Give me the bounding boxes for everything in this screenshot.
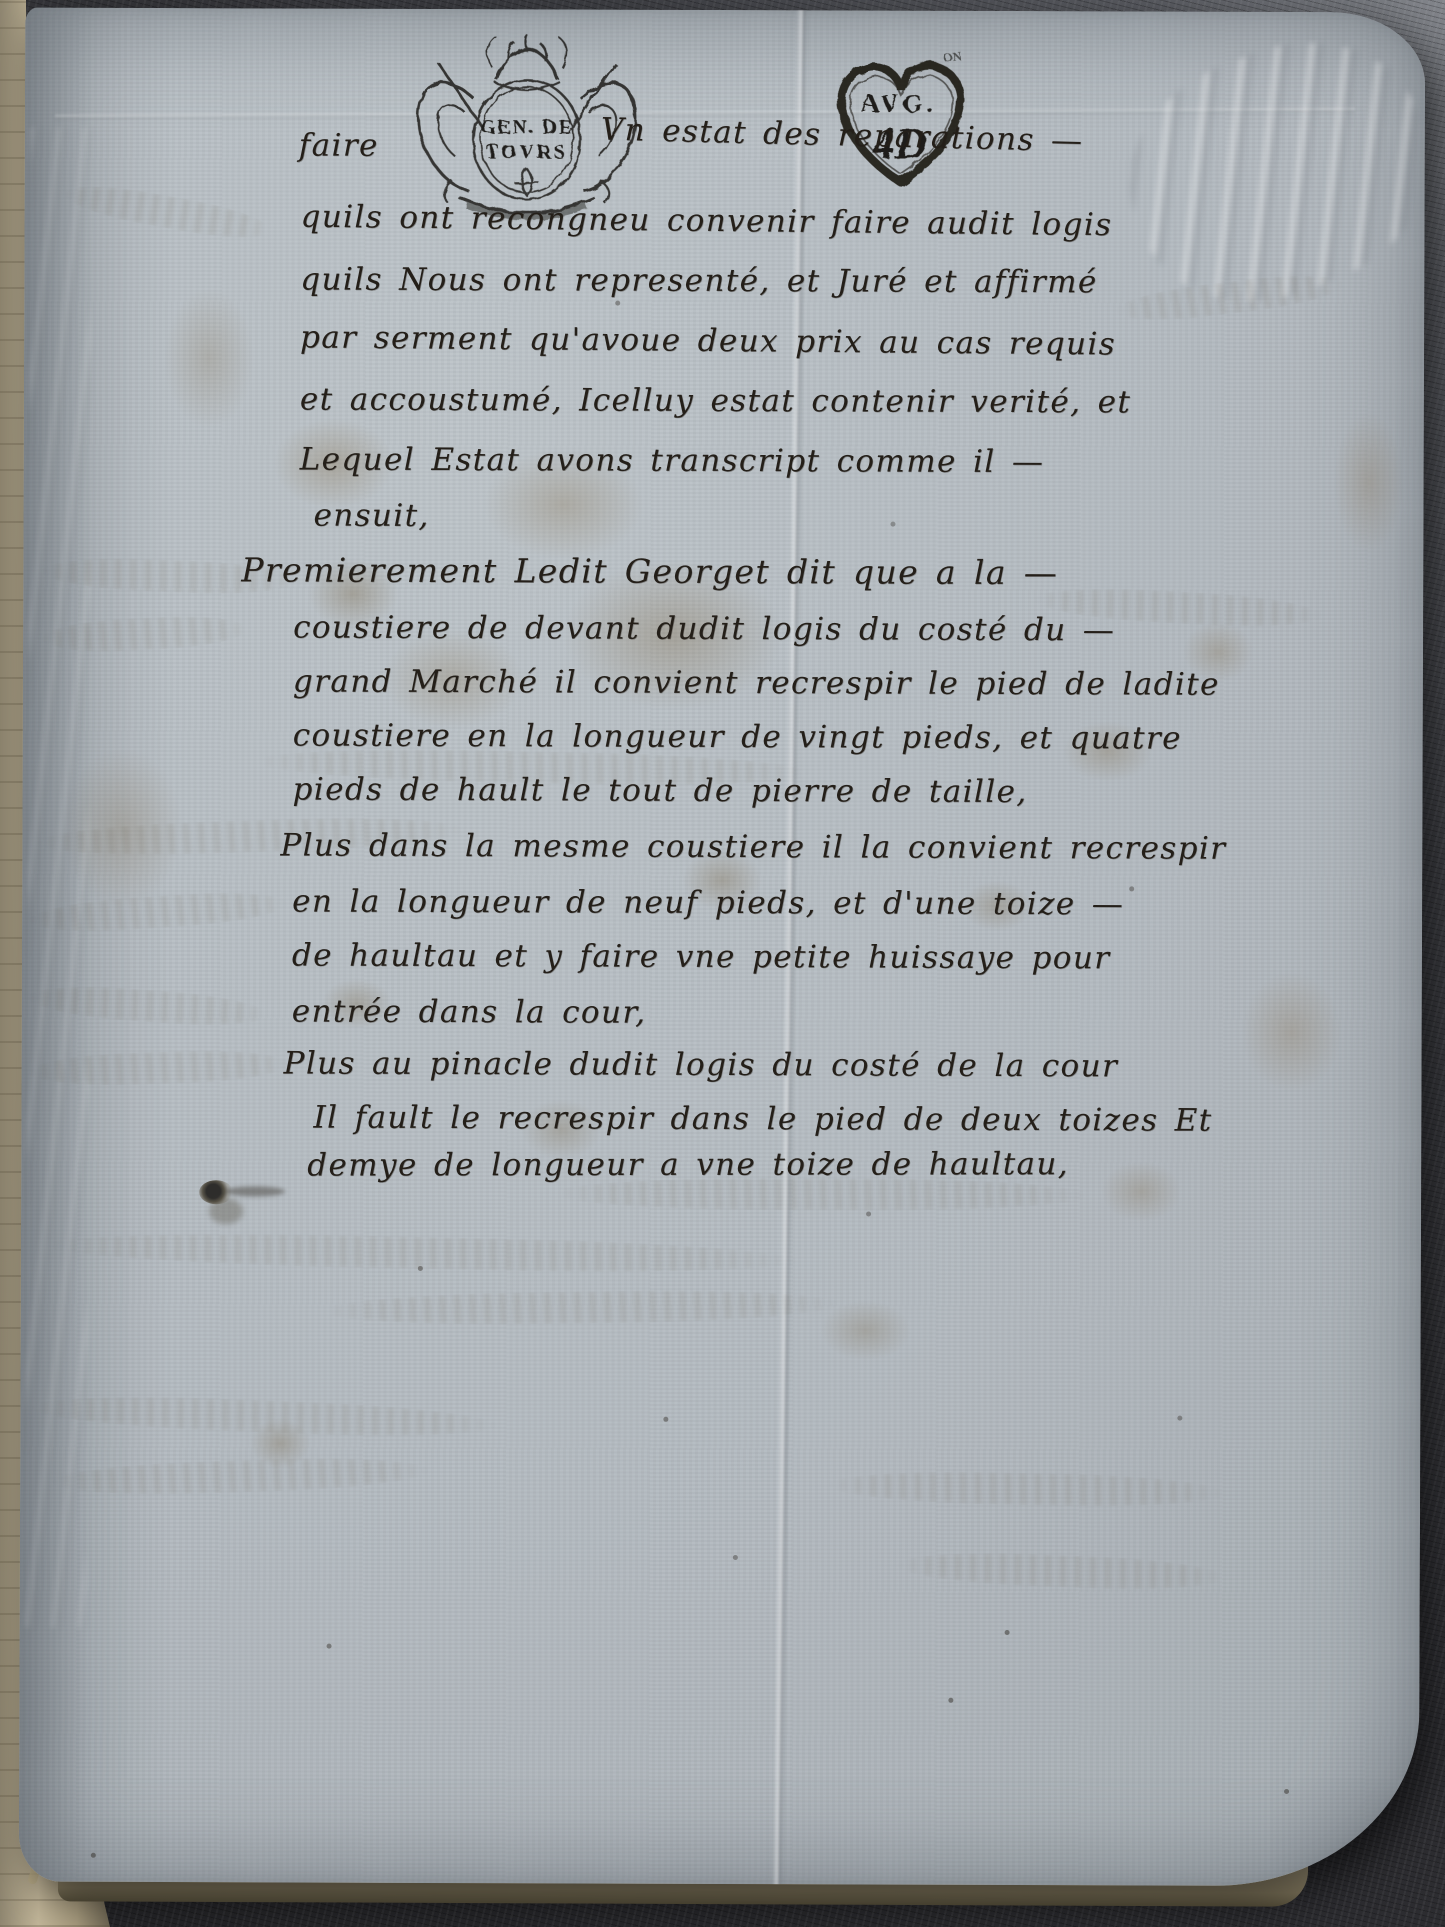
manuscript-line: en la longueur de neuf pieds, et d'une t… [292, 884, 1124, 921]
manuscript-line: Plus au pinacle dudit logis du costé de … [284, 1046, 1119, 1083]
manuscript-line: par serment qu'avoue deux prix au cas re… [300, 320, 1116, 361]
handwritten-text-block: faire Vn estat des reparations — quils o… [19, 8, 1426, 1887]
manuscript-line: Plus dans la mesme coustiere il la convi… [280, 828, 1226, 865]
manuscript-line: grand Marché il convient recrespir le pi… [293, 665, 1220, 702]
manuscript-line: de haultau et y faire vne petite huissay… [292, 938, 1111, 975]
manuscript-line: entrée dans la cour, [292, 994, 647, 1029]
manuscript-page: GEN. DE TOVRS AVG. 4D ON faire Vn estat … [19, 8, 1426, 1887]
manuscript-line: demye de longueur a vne toize de haultau… [307, 1147, 1069, 1182]
manuscript-line: quils ont recongneu convenir faire audit… [300, 200, 1112, 243]
manuscript-line: coustiere de devant dudit logis du costé… [293, 611, 1115, 648]
manuscript-line: ensuit, [313, 499, 429, 533]
paper-hole [199, 1180, 233, 1204]
manuscript-line: pieds de hault le tout de pierre de tail… [292, 773, 1027, 810]
manuscript-opening-word: faire [299, 129, 379, 163]
manuscript-line: Il fault le recrespir dans le pied de de… [313, 1101, 1212, 1138]
manuscript-line: Vn estat des reparations — [600, 113, 1083, 159]
photo-frame: GEN. DE TOVRS AVG. 4D ON faire Vn estat … [0, 0, 1445, 1927]
manuscript-line: quils Nous ont representé, et Juré et af… [300, 263, 1098, 300]
manuscript-line: et accoustumé, Icelluy estat contenir ve… [300, 383, 1131, 420]
manuscript-line: Premierement Ledit Georget dit que a la … [241, 552, 1058, 591]
manuscript-line: Lequel Estat avons transcript comme il — [300, 443, 1045, 480]
manuscript-line: coustiere en la longueur de vingt pieds,… [293, 719, 1182, 756]
